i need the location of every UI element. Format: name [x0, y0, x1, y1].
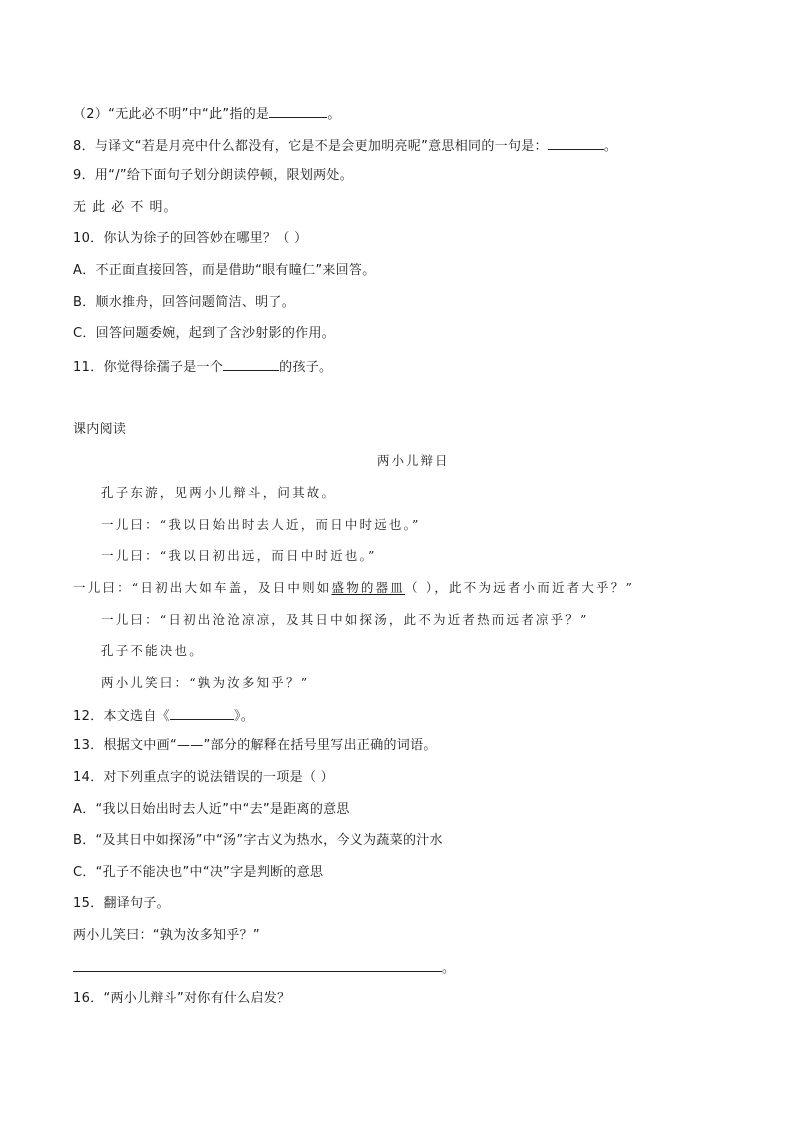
answer-blank[interactable] — [223, 357, 279, 371]
passage-paragraph: 两小儿笑曰：“孰为汝多知乎？” — [101, 674, 309, 692]
question-7-2: （2）“无此必不明”中“此”指的是。 — [73, 104, 341, 124]
answer-blank[interactable] — [170, 706, 234, 720]
question-14: 14．对下列重点字的说法错误的一项是（ ） — [73, 769, 334, 787]
passage-title: 两小儿辩日 — [377, 452, 450, 470]
passage-paragraph: 一儿曰：“我以日初出远，而日中时近也。” — [101, 547, 377, 565]
question-10-option-b[interactable]: B．顺水推舟，回答问题简洁、明了。 — [73, 294, 295, 312]
question-text: 8．与译文“若是月亮中什么都没有，它是不是会更加明亮呢”意思相同的一句是： — [73, 139, 548, 154]
answer-blank[interactable] — [73, 958, 442, 972]
question-suffix: 。 — [604, 139, 617, 154]
question-15-answer-line: 。 — [73, 958, 455, 978]
question-9-sentence: 无 此 必 不 明。 — [73, 199, 178, 217]
question-suffix: 》。 — [234, 709, 254, 724]
question-suffix: 。 — [327, 107, 340, 122]
question-14-option-c[interactable]: C．“孔子不能决也”中“决”字是判断的意思 — [73, 864, 323, 882]
question-16: 16．“两小儿辩斗”对你有什么启发？ — [73, 990, 290, 1008]
paragraph-text: （ ），此不为远者小而近者大乎？” — [405, 580, 634, 595]
question-14-option-a[interactable]: A．“我以日始出时去人近”中“去”是距离的意思 — [73, 801, 350, 819]
question-13: 13．根据文中画“——”部分的解释在括号里写出正确的词语。 — [73, 737, 437, 755]
passage-paragraph: 一儿曰：“我以日始出时去人近，而日中时远也。” — [101, 516, 421, 534]
question-10-option-c[interactable]: C．回答问题委婉，起到了含沙射影的作用。 — [73, 325, 335, 343]
paragraph-text: 一儿曰：“日初出大如车盖，及日中则如 — [73, 580, 332, 595]
question-suffix: 的孩子。 — [279, 360, 332, 375]
underlined-phrase: 盛物的器皿 — [332, 580, 406, 595]
passage-paragraph: 一儿曰：“日初出大如车盖，及日中则如盛物的器皿（ ），此不为远者小而近者大乎？” — [73, 579, 634, 597]
question-15: 15．翻译句子。 — [73, 895, 170, 913]
question-text: 11．你觉得徐孺子是一个 — [73, 360, 223, 375]
question-text: （2）“无此必不明”中“此”指的是 — [73, 107, 269, 122]
question-14-option-b[interactable]: B．“及其日中如探汤”中“汤”字古义为热水，今义为蔬菜的汁水 — [73, 832, 443, 850]
answer-blank[interactable] — [269, 104, 327, 118]
question-8: 8．与译文“若是月亮中什么都没有，它是不是会更加明亮呢”意思相同的一句是：。 — [73, 136, 617, 156]
passage-paragraph: 孔子东游，见两小儿辩斗，问其故。 — [101, 484, 336, 502]
passage-paragraph: 孔子不能决也。 — [101, 642, 204, 660]
question-suffix: 。 — [442, 961, 455, 976]
question-10-option-a[interactable]: A．不正面直接回答，而是借助“眼有瞳仁”来回答。 — [73, 262, 376, 280]
question-text: 12．本文选自《 — [73, 709, 170, 724]
question-15-sentence: 两小儿笑曰：“孰为汝多知乎？” — [73, 927, 260, 945]
section-label: 课内阅读 — [73, 421, 126, 439]
question-9: 9．用“/”给下面句子划分朗读停顿，限划两处。 — [73, 167, 353, 185]
question-10: 10．你认为徐子的回答妙在哪里？（ ） — [73, 230, 307, 248]
question-11: 11．你觉得徐孺子是一个的孩子。 — [73, 357, 332, 377]
document-page: （2）“无此必不明”中“此”指的是。 8．与译文“若是月亮中什么都没有，它是不是… — [0, 0, 793, 1122]
passage-paragraph: 一儿曰：“日初出沧沧凉凉，及其日中如探汤，此不为近者热而远者凉乎？” — [101, 611, 589, 629]
answer-blank[interactable] — [548, 136, 604, 150]
question-12: 12．本文选自《》。 — [73, 706, 254, 726]
